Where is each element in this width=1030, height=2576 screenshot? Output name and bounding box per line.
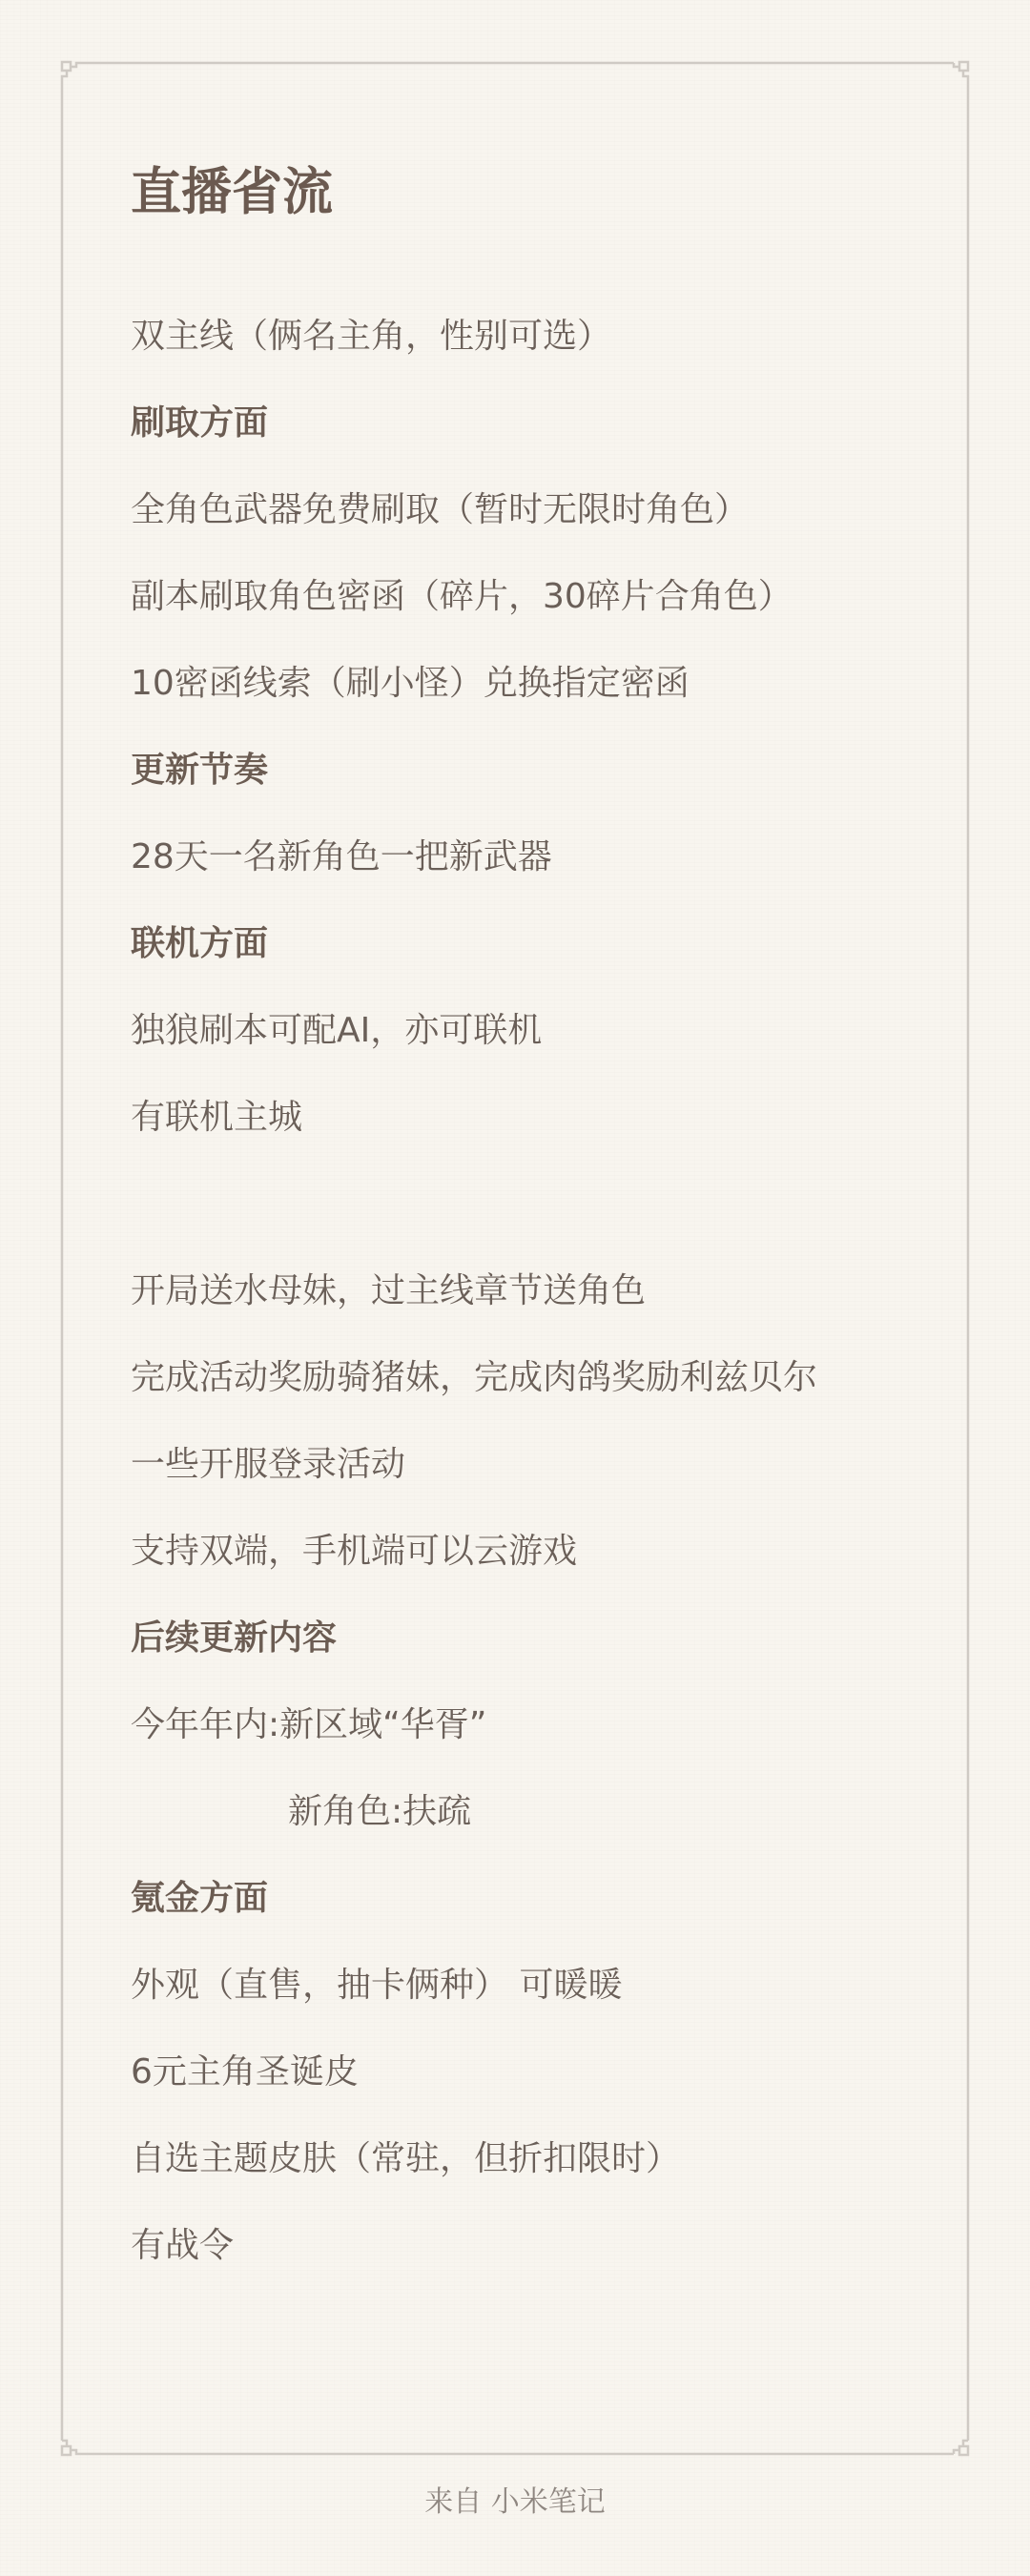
note-line-indented: 新角色:扶疏 [131,1768,951,1855]
note-line: 支持双端，手机端可以云游戏 [131,1508,951,1595]
corner-ornament-top-right [954,62,968,2441]
note-line: 自选主题皮肤（常驻，但折扣限时） [131,2115,951,2202]
note-line: 副本刷取角色密函（碎片，30碎片合角色） [131,553,951,640]
note-body: 双主线（俩名主角，性别可选） 刷取方面 全角色武器免费刷取（暂时无限时角色） 副… [131,293,951,2289]
note-line: 完成活动奖励骑猪妹，完成肉鸽奖励利兹贝尔 [131,1334,951,1421]
note-line: 双主线（俩名主角，性别可选） [131,293,951,380]
note-line: 6元主角圣诞皮 [131,2029,951,2115]
section-heading-future-updates: 后续更新内容 [131,1595,951,1681]
note-line: 有联机主城 [131,1074,951,1161]
source-footer: 来自 小米笔记 [0,2483,1030,2522]
section-heading-monetization: 氪金方面 [131,1855,951,1942]
note-content: 直播省流 双主线（俩名主角，性别可选） 刷取方面 全角色武器免费刷取（暂时无限时… [131,160,951,225]
note-title: 直播省流 [131,160,951,225]
note-line: 10密函线索（刷小怪）兑换指定密函 [131,640,951,727]
note-line: 外观（直售，抽卡俩种） 可暖暖 [131,1942,951,2029]
note-line: 有战令 [131,2202,951,2289]
note-line: 开局送水母妹，过主线章节送角色 [131,1247,951,1334]
section-heading-update-cadence: 更新节奏 [131,727,951,814]
note-line: 全角色武器免费刷取（暂时无限时角色） [131,466,951,553]
note-line: 28天一名新角色一把新武器 [131,814,951,900]
note-line: 今年年内:新区域“华胥” [131,1681,951,1768]
section-heading-multiplayer: 联机方面 [131,900,951,987]
note-line: 一些开服登录活动 [131,1421,951,1508]
blank-line [131,1161,951,1247]
section-heading-farming: 刷取方面 [131,380,951,466]
corner-ornament-bottom-right [954,2441,968,2455]
corner-ornament-bottom-left [62,2441,954,2455]
note-line: 独狼刷本可配AI，亦可联机 [131,987,951,1074]
